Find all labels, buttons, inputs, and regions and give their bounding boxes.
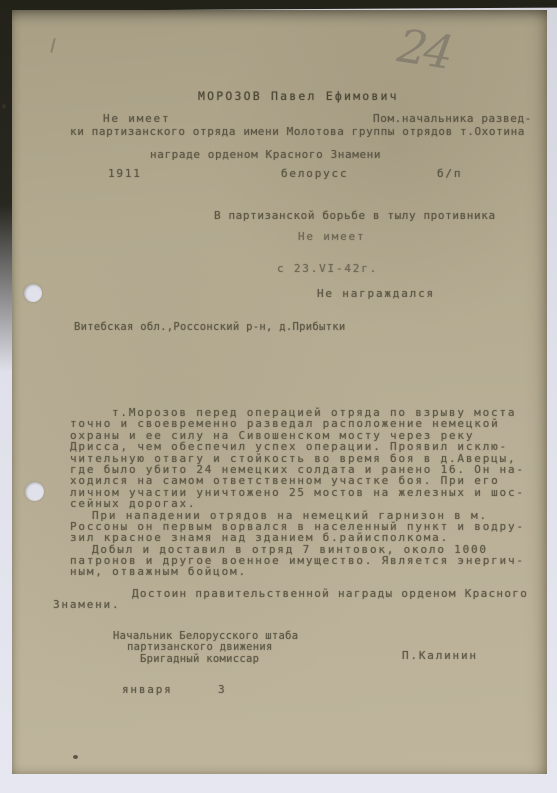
handwritten-page-number: 24: [394, 18, 454, 80]
position-line2: ки партизанского отряда имени Молотова г…: [70, 125, 525, 138]
citation-line: зил красное знамя над зданием б.райиспол…: [70, 532, 525, 543]
nationality-field: белорусс: [281, 167, 348, 180]
birth-year-field: 1911: [108, 167, 142, 180]
document-scan: 24 МОРОЗОВ Павел Ефимович Не имеет Пом.н…: [0, 0, 557, 793]
signatory-rank: Бригадный комиссар: [140, 653, 259, 665]
party-status-field: б/п: [437, 167, 462, 180]
date-day: 3: [218, 683, 226, 696]
citation-line: сейных дорогах.: [70, 498, 525, 509]
person-name: МОРОЗОВ Павел Ефимович: [198, 89, 399, 103]
citation-line: Дрисса, чем обеспечил успех операции. Пр…: [70, 441, 525, 452]
paper-speck-edge: [2, 104, 6, 109]
award-nomination-line: награде орденом Красного Знамени: [150, 148, 381, 161]
conclusion-line1: Достоин правительственной награды ордено…: [132, 587, 528, 600]
citation-text: т.Морозов перед операцией отряда по взры…: [70, 407, 525, 578]
service-field: В партизанской борьбе в тылу противника: [214, 209, 496, 222]
signatory-title-line2: партизанского движения: [127, 641, 273, 653]
paper-page: 24 МОРОЗОВ Павел Ефимович Не имеет Пом.н…: [12, 10, 547, 774]
hole-punch-top: [24, 284, 42, 302]
date-month: января: [122, 683, 173, 696]
in-army-since-field: с 23.VI-42г.: [277, 262, 378, 275]
prior-awards-field: Не награждался: [317, 287, 435, 300]
awards-left-field: Не имеет: [103, 112, 170, 125]
wounds-field: Не имеет: [298, 230, 365, 243]
citation-line: ным, отважным бойцом.: [70, 566, 525, 577]
position-line1: Пом.начальника развед-: [373, 112, 532, 125]
paper-speck: [73, 755, 78, 759]
signatory-name: П.Калинин: [402, 649, 478, 662]
home-address-field: Витебская обл.,Россонский р-н, д.Прибытк…: [74, 321, 345, 333]
hole-punch-bottom: [25, 482, 44, 501]
conclusion-line2: Знамени.: [53, 598, 120, 611]
pencil-mark: [50, 38, 56, 53]
